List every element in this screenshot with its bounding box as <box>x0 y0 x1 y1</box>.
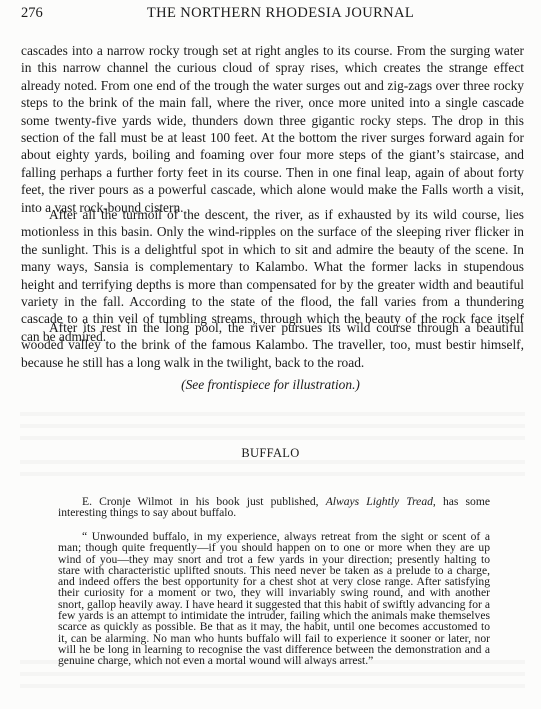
section-heading: BUFFALO <box>0 446 541 461</box>
show-through-line <box>20 436 525 440</box>
running-title: THE NORTHERN RHODESIA JOURNAL <box>21 5 520 22</box>
quote-text: “ Unwounded buffalo, in my experience, a… <box>58 531 490 667</box>
paragraph-text: cascades into a narrow rocky trough set … <box>21 42 524 216</box>
article-paragraph-1: cascades into a narrow rocky trough set … <box>21 42 524 216</box>
intro-text: E. Cronje Wilmot in his book just publis… <box>58 496 490 519</box>
buffalo-intro: E. Cronje Wilmot in his book just publis… <box>58 496 490 519</box>
show-through-line <box>20 424 525 428</box>
article-paragraph-3: After its rest in the long pool, the riv… <box>21 319 524 371</box>
book-title: Always Lightly Tread <box>326 495 433 508</box>
illustration-caption: (See frontispiece for illustration.) <box>0 377 541 393</box>
show-through-line <box>20 472 525 476</box>
show-through-line <box>20 412 525 416</box>
paragraph-text: After its rest in the long pool, the riv… <box>21 319 524 371</box>
show-through-line <box>20 672 525 676</box>
buffalo-quote: “ Unwounded buffalo, in my experience, a… <box>58 531 490 667</box>
show-through-line <box>20 684 525 688</box>
page-header: 276 THE NORTHERN RHODESIA JOURNAL <box>21 5 520 25</box>
journal-page: 276 THE NORTHERN RHODESIA JOURNAL cascad… <box>0 0 541 709</box>
